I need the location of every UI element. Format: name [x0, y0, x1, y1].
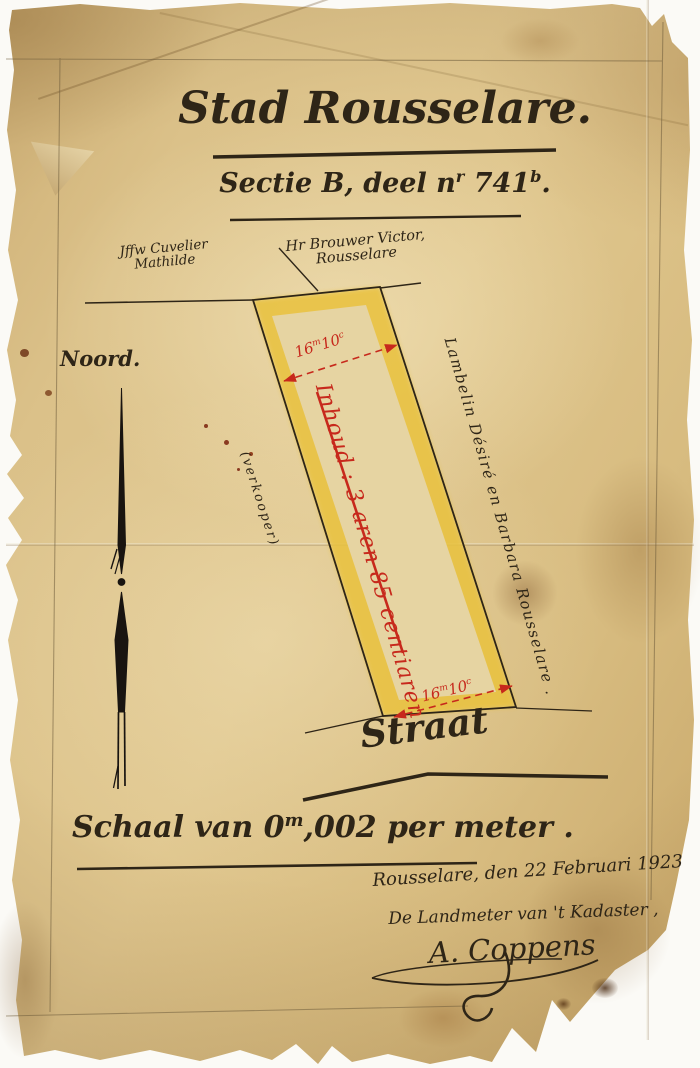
street-edge-line — [303, 774, 608, 800]
section-underline — [230, 216, 521, 220]
north-arrow-icon — [111, 388, 128, 789]
title-underline — [213, 150, 556, 157]
scanned-survey-plan: Stad Rousselare. Sectie B, deel nr 741b.… — [0, 0, 700, 1068]
section-label: Sectie B, deel nr 741b. — [160, 168, 610, 198]
parcel-741b — [253, 287, 516, 716]
north-label: Noord. — [60, 348, 140, 370]
scale-label: Schaal van 0m,002 per meter . — [72, 812, 574, 844]
page-title: Stad Rousselare. — [160, 86, 610, 132]
signature: A. Coppens — [428, 929, 596, 968]
